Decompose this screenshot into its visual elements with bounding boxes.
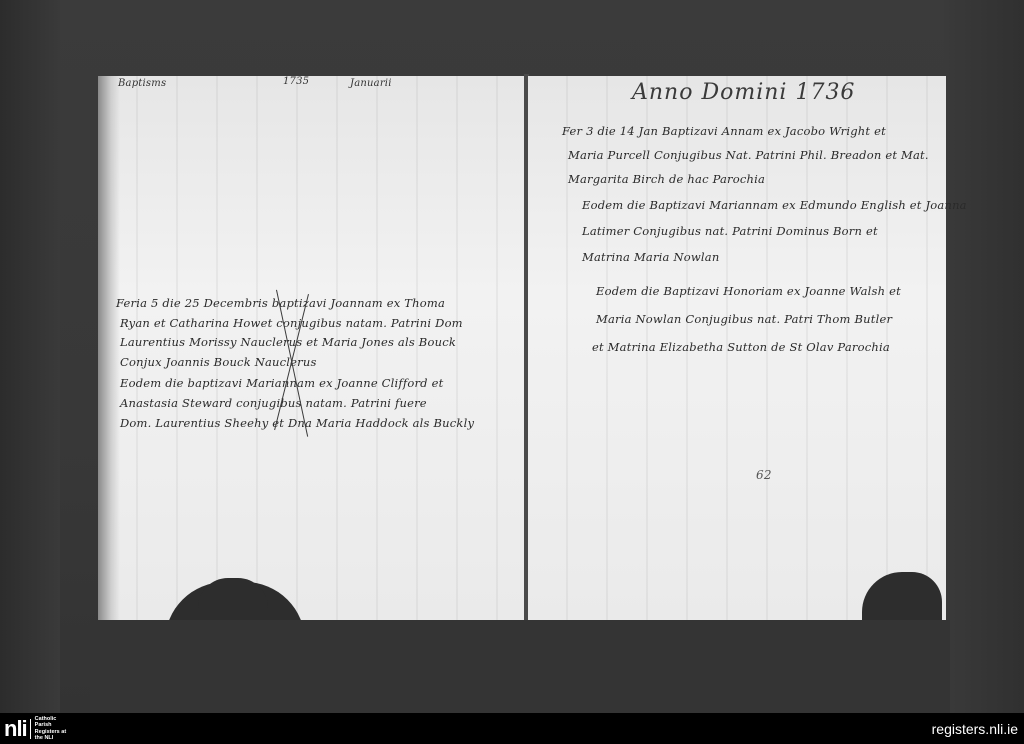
register-page-left: Baptisms 1735 Januarii Feria 5 die 25 De… [98,76,526,622]
scan-border-right [944,0,1024,713]
register-scan-image[interactable]: Baptisms 1735 Januarii Feria 5 die 25 De… [0,0,1024,713]
entry-line: et Matrina Elizabetha Sutton de St Olav … [592,340,890,354]
scan-bottom-shadow [90,620,950,713]
entry-line: Ryan et Catharina Howet conjugibus natam… [120,316,463,330]
registers-site-link[interactable]: registers.nli.ie [932,721,1024,737]
register-page-right: Anno Domini 1736 Fer 3 die 14 Jan Baptiz… [528,76,946,626]
left-page-header-month: Januarii [350,78,392,89]
brand-text-line: Registers at [35,729,67,735]
entry-line: Anastasia Steward conjugibus natam. Patr… [120,396,427,410]
entry-line: Matrina Maria Nowlan [582,250,719,264]
entry-line: Margarita Birch de hac Parochia [568,172,765,186]
left-page-header-section: Baptisms [118,78,166,89]
brand-text: Catholic Parish Registers at the NLI [35,716,75,742]
left-page-header-year: 1735 [283,76,309,87]
brand-text-line: Catholic Parish [35,716,57,729]
entry-line: Latimer Conjugibus nat. Patrini Dominus … [582,224,878,238]
margin-mark: 62 [756,468,772,482]
entry-line: Conjux Joannis Bouck Nauclerus [120,355,317,369]
entry-line: Eodem die baptizavi Mariannam ex Joanne … [120,376,443,390]
nli-brand[interactable]: nli Catholic Parish Registers at the NLI [0,713,75,744]
nli-logo: nli [4,718,27,740]
scan-border-left [0,0,60,713]
brand-text-line: the NLI [35,735,54,741]
viewer-footer: nli Catholic Parish Registers at the NLI… [0,713,1024,744]
entry-line: Eodem die Baptizavi Mariannam ex Edmundo… [582,198,967,212]
entry-line: Dom. Laurentius Sheehy et Dna Maria Hadd… [120,416,474,430]
entry-line: Maria Purcell Conjugibus Nat. Patrini Ph… [568,148,929,162]
brand-divider [30,719,31,739]
entry-line: Eodem die Baptizavi Honoriam ex Joanne W… [596,284,901,298]
entry-line: Fer 3 die 14 Jan Baptizavi Annam ex Jaco… [562,124,886,138]
entry-line: Maria Nowlan Conjugibus nat. Patri Thom … [596,312,892,326]
right-page-title: Anno Domini 1736 [632,80,855,105]
